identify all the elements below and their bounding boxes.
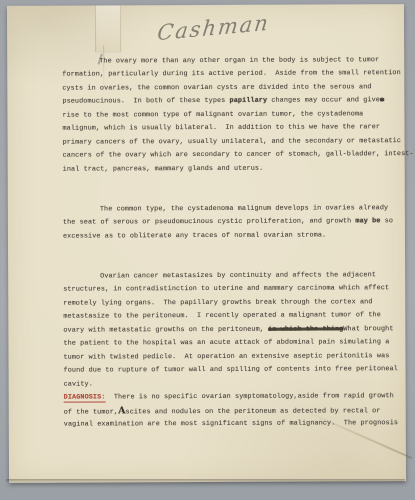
typed-segment: metastasize to the peritoneum. I recentl… [63, 312, 381, 321]
typed-segment: may be [355, 218, 380, 226]
typed-segment: vaginal examination are the most signifi… [64, 419, 398, 428]
typed-segment: the patient to the hospital was an acute… [63, 338, 389, 347]
typed-segment: There is no specific ovarian symptomatol… [105, 392, 393, 401]
handwritten-name: Cashman [156, 4, 338, 45]
typed-segment: What brought [343, 325, 393, 333]
typed-segment: primary cancers of the ovary, usually un… [63, 137, 402, 146]
typed-line: malignum, which is usually bilateral. In… [62, 121, 402, 136]
typed-line: vaginal examination are the most signifi… [64, 417, 404, 432]
typed-line: of the tumor,Ascites and nodules on the … [64, 404, 404, 419]
typed-segment: formation, particularly during its activ… [62, 70, 401, 79]
typed-segment: malignum, which is usually bilateral. In… [62, 123, 380, 132]
typed-line: inal tract, pancreas, mammary glands and… [63, 162, 403, 177]
typed-segment: changes may occur and give [267, 97, 380, 105]
typed-segment: scites and nodules on the peritoneum as … [126, 408, 381, 417]
typed-segment: papillary [230, 97, 268, 105]
typed-segment: s [380, 97, 384, 105]
typed-segment: of the tumor, [64, 409, 118, 417]
typed-segment: DIAGNOSIS: [64, 393, 106, 402]
typed-segment: rise to the most common type of malignan… [62, 110, 363, 119]
typed-segment: inal tract, pancreas, mammary glands and… [63, 164, 264, 173]
typed-segment: structures, in contradistinction to uter… [63, 285, 389, 294]
typed-segment: excessive as to obliterate any traces of… [63, 231, 326, 240]
typed-segment: pseudomucinous. In both of these types [62, 97, 229, 106]
typed-segment: tumor with twisted pedicle. At operation… [63, 352, 389, 361]
typed-segment: Ovarian cancer metastasizes by continuit… [100, 271, 376, 280]
tape-mark [95, 5, 121, 52]
typed-line: metastasize to the peritoneum. I recentl… [63, 309, 403, 324]
typed-text: The ovary more than any other organ in t… [62, 54, 404, 432]
typed-segment: cysts in ovaries, the common ovarian cys… [62, 83, 371, 92]
typed-segment: cancers of the ovary which are secondary… [63, 150, 414, 160]
typed-segment: A [118, 406, 126, 417]
typed-segment: cavity. [64, 380, 93, 388]
typed-segment: ovary with metastatic growths on the per… [63, 326, 268, 335]
typed-line: found due to rupture of tumor wall and s… [64, 363, 404, 378]
typed-line: structures, in contradistinction to uter… [63, 283, 403, 298]
paper-edge-shadow [6, 479, 405, 483]
typed-segment: The common type, the cystadenoma malignu… [100, 204, 388, 213]
typed-line: excessive as to obliterate any traces of… [63, 229, 403, 244]
typed-line: pseudomucinous. In both of these types p… [62, 94, 402, 109]
typed-line: cancers of the ovary which are secondary… [63, 148, 403, 163]
typed-line: the patient to the hospital was an acute… [63, 336, 403, 351]
typed-segment: The ovary more than any other organ in t… [99, 56, 379, 65]
typed-segment: found due to rupture of tumor wall and s… [64, 365, 398, 374]
typed-segment: remotely lying organs. The papillary gro… [63, 298, 372, 307]
typed-segment: so [380, 217, 393, 225]
typed-segment: in which the thing [268, 325, 343, 333]
typed-line: formation, particularly during its activ… [62, 68, 402, 83]
typed-line: the seat of serous or pseudomucinous cys… [63, 215, 403, 230]
document-page: Cashman The ovary more than any other or… [7, 4, 406, 483]
typed-segment: the seat of serous or pseudomucinous cys… [63, 218, 356, 227]
